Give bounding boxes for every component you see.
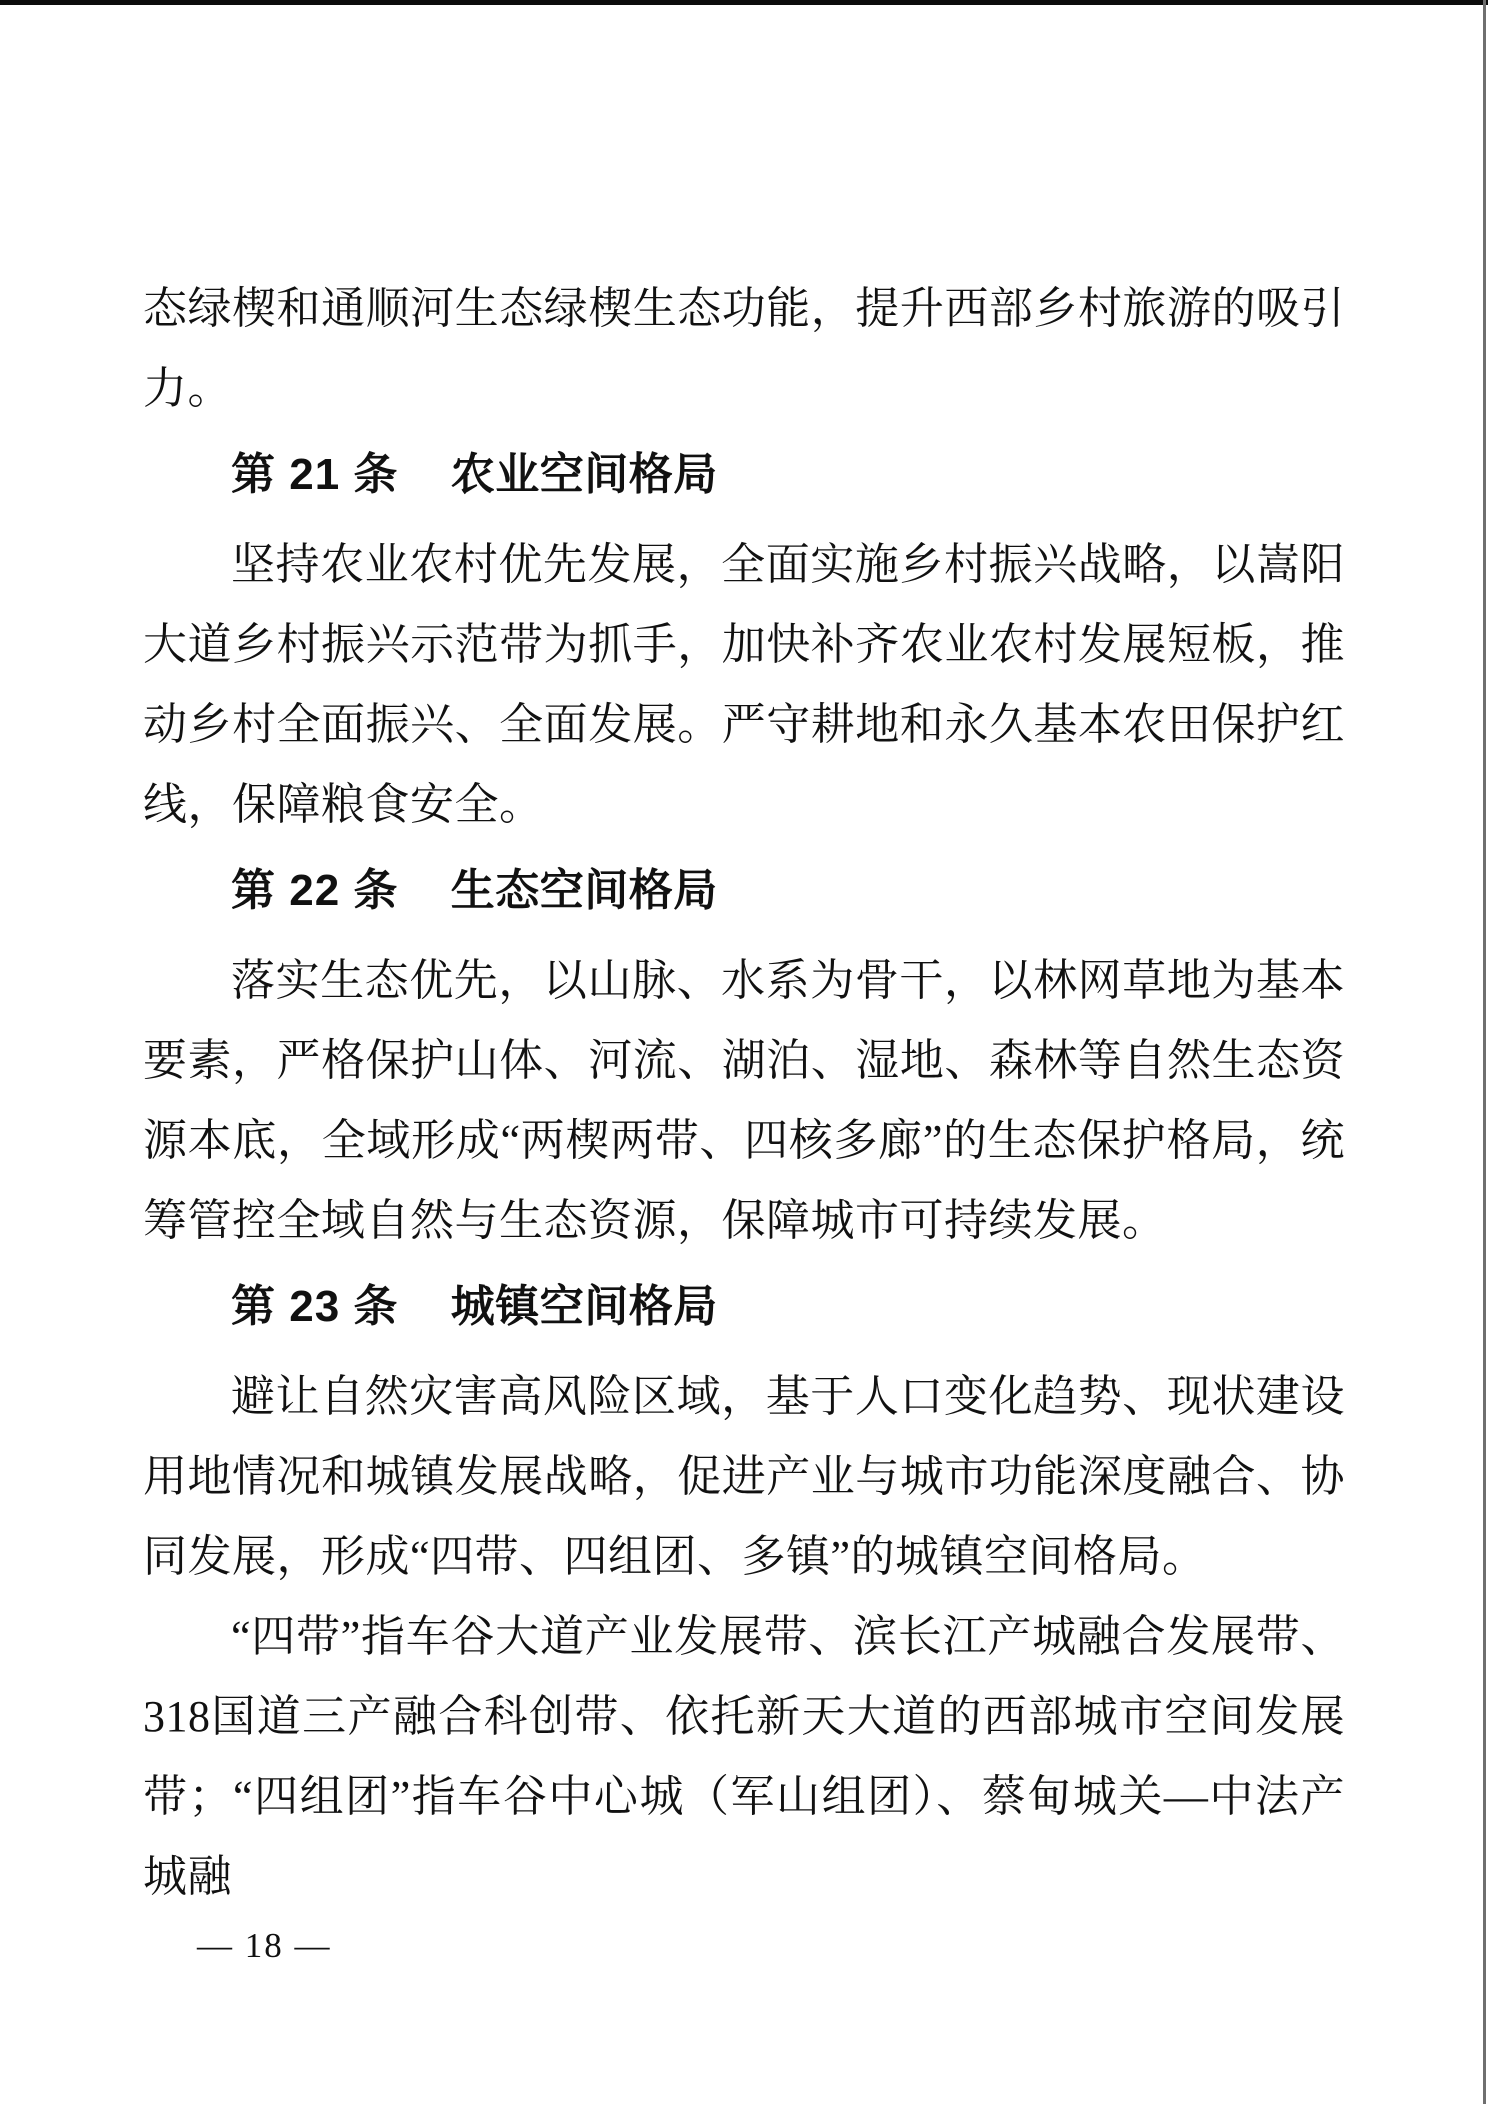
body-paragraph: 落实生态优先，以山脉、水系为骨干，以林网草地为基本要素，严格保护山体、河流、湖泊… (143, 941, 1345, 1261)
page-footer: — 18 — (197, 1922, 332, 1970)
body-paragraph: “四带”指车谷大道产业发展带、滨长江产城融合发展带、318国道三产融合科创带、依… (143, 1597, 1345, 1917)
article-number: 第 23 条 (231, 1282, 398, 1331)
body-paragraph-continuation: 态绿楔和通顺河生态绿楔生态功能，提升西部乡村旅游的吸引力。 (143, 269, 1345, 429)
document-body: 态绿楔和通顺河生态绿楔生态功能，提升西部乡村旅游的吸引力。 第 21 条 农业空… (143, 269, 1345, 1917)
article-heading-23: 第 23 条 城镇空间格局 (143, 1267, 1345, 1347)
article-title: 生态空间格局 (451, 866, 718, 915)
scan-artifact-top-edge (0, 0, 1488, 5)
article-number: 第 21 条 (231, 450, 398, 499)
article-number: 第 22 条 (231, 866, 398, 915)
article-title: 城镇空间格局 (451, 1282, 718, 1331)
scan-artifact-right-edge (1483, 0, 1486, 2104)
page-number: — 18 — (197, 1926, 332, 1965)
body-paragraph: 避让自然灾害高风险区域，基于人口变化趋势、现状建设用地情况和城镇发展战略，促进产… (143, 1357, 1345, 1597)
body-paragraph: 坚持农业农村优先发展，全面实施乡村振兴战略，以嵩阳大道乡村振兴示范带为抓手，加快… (143, 525, 1345, 845)
article-title: 农业空间格局 (451, 450, 718, 499)
document-page: 态绿楔和通顺河生态绿楔生态功能，提升西部乡村旅游的吸引力。 第 21 条 农业空… (0, 0, 1488, 2104)
article-heading-21: 第 21 条 农业空间格局 (143, 435, 1345, 515)
article-heading-22: 第 22 条 生态空间格局 (143, 851, 1345, 931)
